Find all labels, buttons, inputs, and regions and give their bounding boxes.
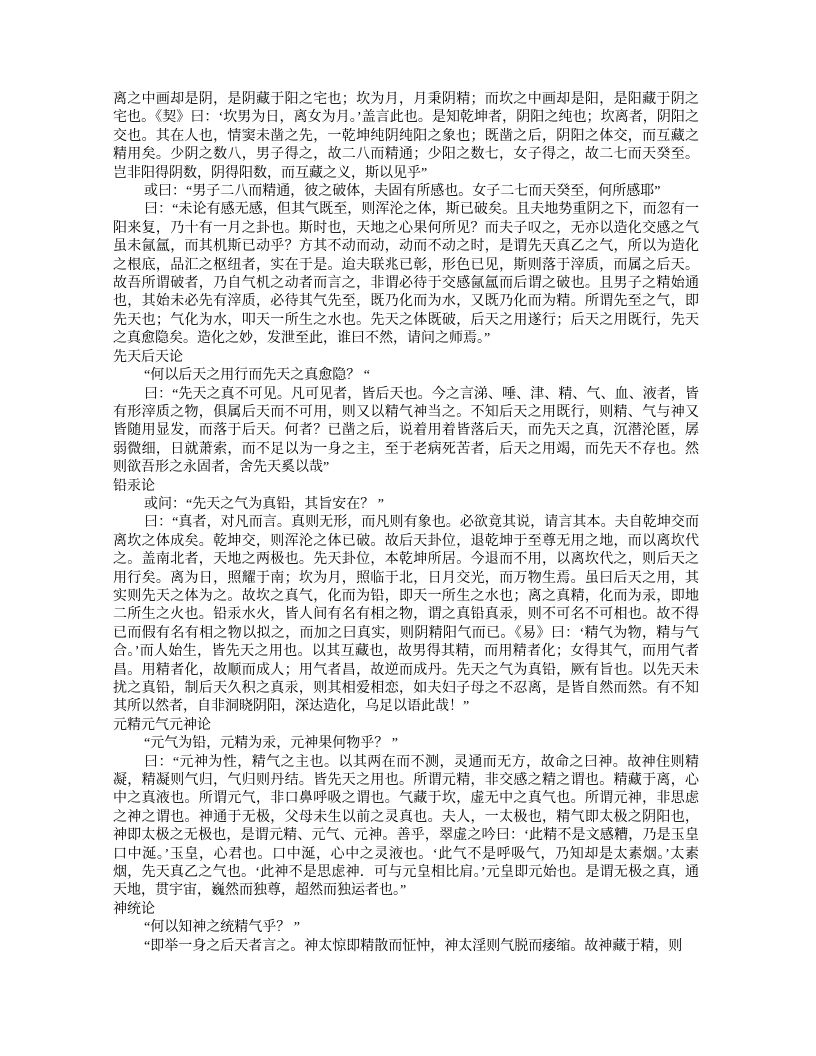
- paragraph: 曰：“先天之真不可见。凡可见者，皆后天也。今之言涕、唾、津、精、气、血、液者，皆…: [113, 386, 699, 478]
- paragraph: 离之中画却是阴，是阴藏于阳之宅也；坎为月，月秉阴精；而坎之中画却是阳，是阳藏于阴…: [113, 91, 699, 183]
- paragraph: “即举一身之后天者言之。神太惊即精散而怔忡，神太淫则气脱而痿缩。故神藏于精，则: [113, 938, 699, 956]
- section-heading: 铅汞论: [113, 478, 699, 496]
- paragraph: 曰：“真者，对凡而言。真则无形，而凡则有象也。必欲竟其说，请言其本。夫自乾坤交而…: [113, 514, 699, 716]
- paragraph: 或曰：“男子二八而精通，彼之破体，夫固有所感也。女子二七而天癸至，何所感耶”: [113, 183, 699, 201]
- paragraph: “何以后天之用行而先天之真愈隐？ “: [113, 367, 699, 385]
- paragraph: 曰：“元神为性，精气之主也。以其两在而不测，灵通而无方，故命之曰神。故神住则精凝…: [113, 754, 699, 901]
- document-page: 离之中画却是阴，是阴藏于阳之宅也；坎为月，月秉阴精；而坎之中画却是阳，是阳藏于阴…: [0, 0, 816, 1056]
- section-heading: 先天后天论: [113, 349, 699, 367]
- paragraph: 曰：“未论有感无感，但其气既至，则浑沦之体，斯已破矣。且夫地势重阴之下，而忽有一…: [113, 201, 699, 348]
- paragraph: “元气为铅，元精为汞，元神果何物乎？ ”: [113, 735, 699, 753]
- document-body: 离之中画却是阴，是阴藏于阳之宅也；坎为月，月秉阴精；而坎之中画却是阳，是阳藏于阴…: [113, 91, 699, 956]
- paragraph: “何以知神之统精气乎？ ”: [113, 919, 699, 937]
- section-heading: 元精元气元神论: [113, 717, 699, 735]
- section-heading: 神统论: [113, 901, 699, 919]
- paragraph: 或问：“先天之气为真铅，其旨安在？ ”: [113, 496, 699, 514]
